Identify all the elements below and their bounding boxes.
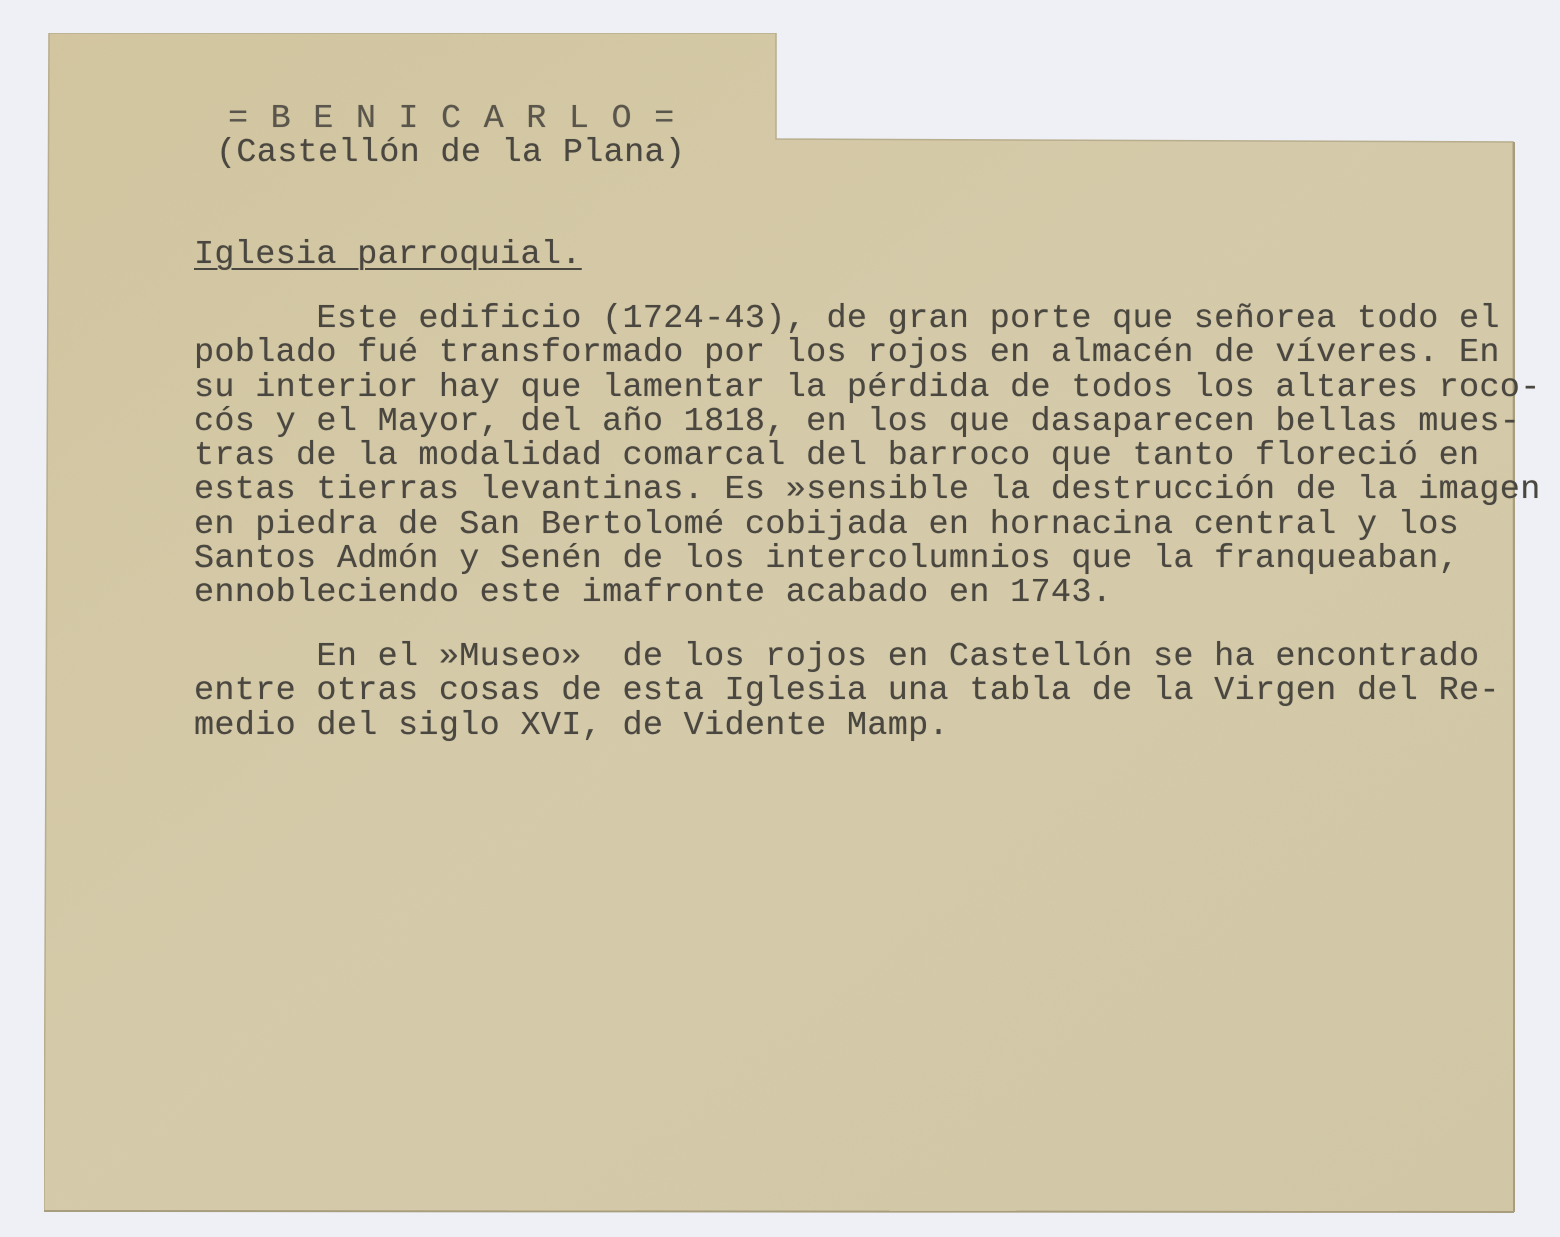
text-line: en piedra de San Bertolomé cobijada en h…	[194, 508, 1541, 542]
text-line: Este edificio (1724-43), de gran porte q…	[194, 302, 1541, 336]
town-heading: = B E N I C A R L O =	[228, 102, 675, 136]
section-title: Iglesia parroquial.	[194, 238, 582, 272]
text-line: poblado fué transformado por los rojos e…	[194, 336, 1541, 370]
paragraph-1: Este edificio (1724-43), de gran porte q…	[194, 302, 1541, 611]
text-line: cós y el Mayor, del año 1818, en los que…	[194, 405, 1541, 439]
text-line: Santos Admón y Senén de los intercolumni…	[194, 542, 1541, 576]
text-line: entre otras cosas de esta Iglesia una ta…	[194, 674, 1500, 708]
paragraph-2: En el »Museo» de los rojos en Castellón …	[194, 640, 1500, 743]
text-line: tras de la modalidad comarcal del barroc…	[194, 439, 1541, 473]
text-line: En el »Museo» de los rojos en Castellón …	[194, 640, 1500, 674]
text-line: medio del siglo XVI, de Vidente Mamp.	[194, 709, 1500, 743]
text-line: ennobleciendo este imafronte acabado en …	[194, 576, 1541, 610]
index-card: = B E N I C A R L O = (Castellón de la P…	[0, 0, 1560, 1237]
province-heading: (Castellón de la Plana)	[216, 136, 685, 170]
typed-text: = B E N I C A R L O = (Castellón de la P…	[0, 0, 1560, 1237]
text-line: estas tierras levantinas. Es »sensible l…	[194, 473, 1541, 507]
text-line: su interior hay que lamentar la pérdida …	[194, 371, 1541, 405]
